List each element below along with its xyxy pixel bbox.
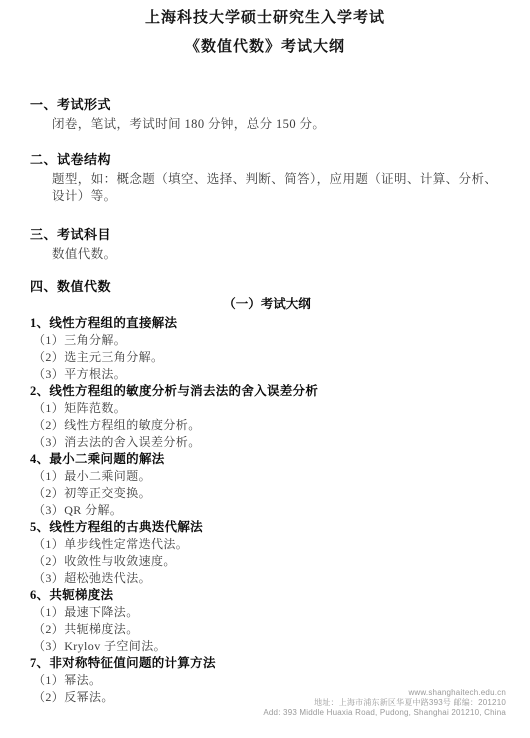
outline-item: （2）线性方程组的敏度分析。 (30, 417, 504, 434)
outline-group-direct-methods: 1、线性方程组的直接解法 （1）三角分解。 （2）选主元三角分解。 （3）平方根… (30, 315, 504, 383)
outline-item: （1）矩阵范数。 (30, 400, 504, 417)
section-exam-subject: 三、考试科目 数值代数。 (30, 227, 504, 263)
outline-group-conjugate-gradient: 6、共轭梯度法 （1）最速下降法。 （2）共轭梯度法。 （3）Krylov 子空… (30, 587, 504, 655)
footer-address-cn: 地址：上海市浦东新区华夏中路393号 邮编：201210 (263, 698, 506, 708)
section-paper-structure: 二、试卷结构 题型，如：概念题（填空、选择、判断、简答），应用题（证明、计算、分… (30, 152, 504, 205)
outline-item: （3）Krylov 子空间法。 (30, 638, 504, 655)
outline-item: （3）QR 分解。 (30, 502, 504, 519)
outline-item: （2）共轭梯度法。 (30, 621, 504, 638)
outline-item: （3）消去法的舍入误差分析。 (30, 434, 504, 451)
outline-item: （1）幂法。 (30, 672, 504, 689)
outline-item: （2）初等正交变换。 (30, 485, 504, 502)
outline-item: （2）收敛性与收敛速度。 (30, 553, 504, 570)
section-body-paper-structure: 题型，如：概念题（填空、选择、判断、简答），应用题（证明、计算、分析、设计）等。 (52, 171, 504, 205)
outline-item: （1）三角分解。 (30, 332, 504, 349)
outline-heading: 2、线性方程组的敏度分析与消去法的舍入误差分析 (30, 383, 504, 400)
outline-title: （一）考试大纲 (30, 297, 504, 312)
document-page: 上海科技大学硕士研究生入学考试 《数值代数》考试大纲 一、考试形式 闭卷，笔试，… (0, 0, 530, 738)
outline-item: （3）超松弛迭代法。 (30, 570, 504, 587)
doc-subtitle: 《数值代数》考试大纲 (0, 39, 530, 55)
outline-item: （1）最小二乘问题。 (30, 468, 504, 485)
section-body-exam-subject: 数值代数。 (52, 246, 504, 263)
outline-heading: 4、最小二乘问题的解法 (30, 451, 504, 468)
outline-item: （1）单步线性定常迭代法。 (30, 536, 504, 553)
outline-item: （2）选主元三角分解。 (30, 349, 504, 366)
section-heading-numerical-algebra: 四、数值代数 (30, 279, 504, 294)
exam-outline: 1、线性方程组的直接解法 （1）三角分解。 （2）选主元三角分解。 （3）平方根… (30, 315, 504, 706)
outline-heading: 7、非对称特征值问题的计算方法 (30, 655, 504, 672)
section-heading-paper-structure: 二、试卷结构 (30, 152, 504, 167)
outline-item: （1）最速下降法。 (30, 604, 504, 621)
outline-group-classical-iterative: 5、线性方程组的古典迭代解法 （1）单步线性定常迭代法。 （2）收敛性与收敛速度… (30, 519, 504, 587)
page-footer: www.shanghaitech.edu.cn 地址：上海市浦东新区华夏中路39… (263, 688, 506, 718)
section-body-exam-format: 闭卷，笔试，考试时间 180 分钟，总分 150 分。 (52, 116, 504, 133)
outline-heading: 6、共轭梯度法 (30, 587, 504, 604)
outline-heading: 5、线性方程组的古典迭代解法 (30, 519, 504, 536)
section-numerical-algebra: 四、数值代数 (30, 279, 504, 294)
footer-website: www.shanghaitech.edu.cn (263, 688, 506, 698)
outline-heading: 1、线性方程组的直接解法 (30, 315, 504, 332)
section-heading-exam-format: 一、考试形式 (30, 97, 504, 112)
footer-address-en: Add: 393 Middle Huaxia Road, Pudong, Sha… (263, 708, 506, 718)
document-content: 一、考试形式 闭卷，笔试，考试时间 180 分钟，总分 150 分。 二、试卷结… (0, 97, 530, 706)
section-exam-format: 一、考试形式 闭卷，笔试，考试时间 180 分钟，总分 150 分。 (30, 97, 504, 133)
doc-title: 上海科技大学硕士研究生入学考试 (0, 10, 530, 26)
outline-item: （3）平方根法。 (30, 366, 504, 383)
outline-group-least-squares: 4、最小二乘问题的解法 （1）最小二乘问题。 （2）初等正交变换。 （3）QR … (30, 451, 504, 519)
section-heading-exam-subject: 三、考试科目 (30, 227, 504, 242)
outline-group-sensitivity-analysis: 2、线性方程组的敏度分析与消去法的舍入误差分析 （1）矩阵范数。 （2）线性方程… (30, 383, 504, 451)
